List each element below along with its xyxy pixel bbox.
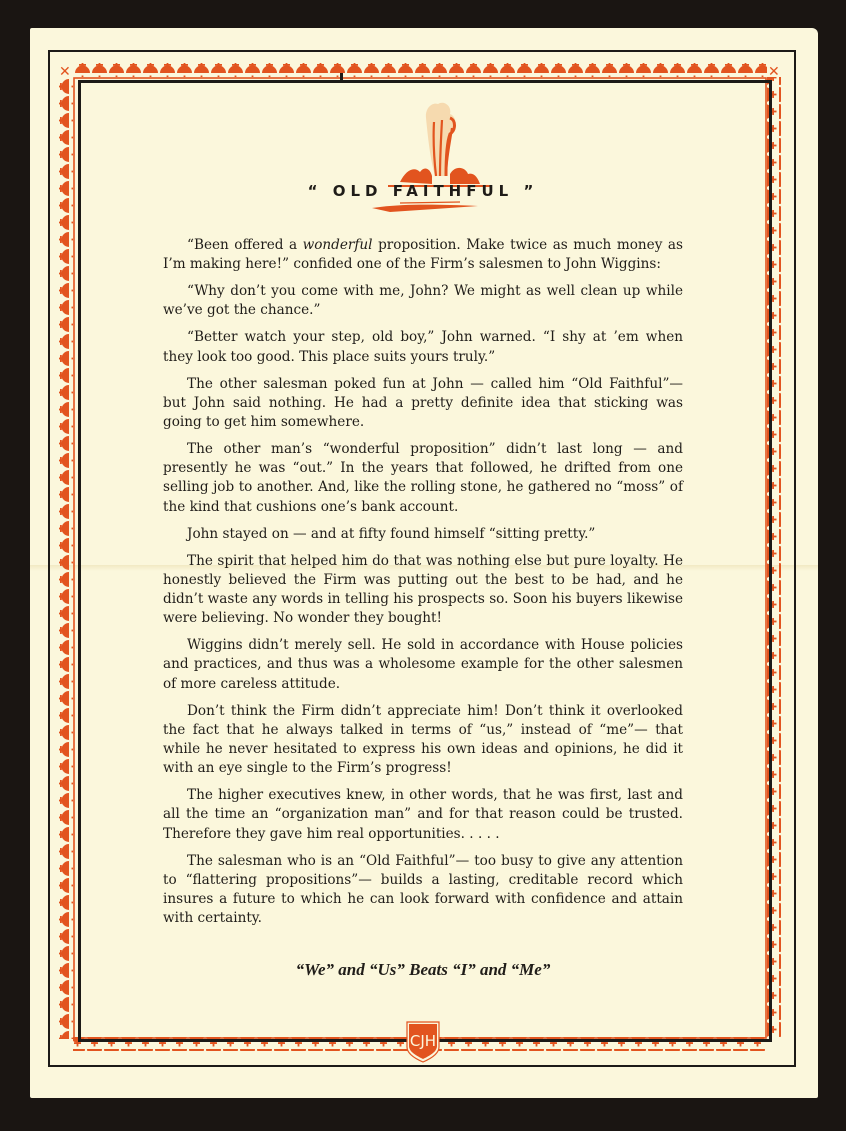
- paragraph-4: The other salesman poked fun at John — c…: [163, 375, 683, 433]
- svg-text:CJH: CJH: [410, 1032, 436, 1050]
- paragraph-3: “Better watch your step, old boy,” John …: [163, 328, 683, 366]
- paragraph-7: The spirit that helped him do that was n…: [163, 552, 683, 629]
- svg-text:✕: ✕: [59, 64, 71, 80]
- paragraph-6: John stayed on — and at fifty found hims…: [163, 525, 683, 544]
- cjh-shield-logo-icon: CJH: [406, 1021, 440, 1063]
- page-title: “ OLD FAITHFUL ”: [0, 182, 846, 200]
- svg-text:✕: ✕: [768, 64, 780, 80]
- title-underline-swash-icon: [370, 200, 480, 214]
- frame-tick-mark: [340, 73, 343, 81]
- paragraph-2: “Why don’t you come with me, John? We mi…: [163, 282, 683, 320]
- paragraph-10: The higher executives knew, in other wor…: [163, 786, 683, 844]
- article-body: “Been offered a wonderful proposition. M…: [163, 236, 683, 936]
- paragraph-5: The other man’s “wonderful proposition” …: [163, 440, 683, 517]
- paragraph-11: The salesman who is an “Old Faithful”— t…: [163, 852, 683, 929]
- paragraph-1: “Been offered a wonderful proposition. M…: [163, 236, 683, 274]
- paragraph-8: Wiggins didn’t merely sell. He sold in a…: [163, 636, 683, 694]
- closing-motto: “We” and “Us” Beats “I” and “Me”: [0, 960, 846, 980]
- paragraph-9: Don’t think the Firm didn’t appreciate h…: [163, 702, 683, 779]
- geyser-illustration-icon: [380, 98, 500, 190]
